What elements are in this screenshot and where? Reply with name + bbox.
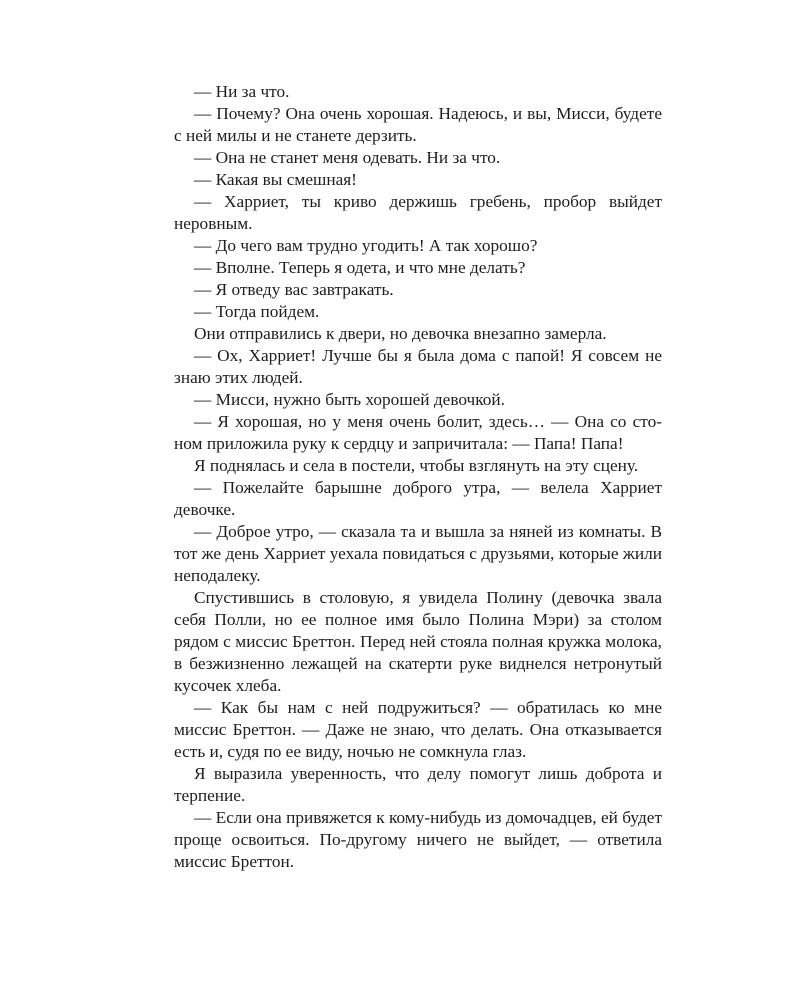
paragraph: — Она не станет меня одевать. Ни за что. — [174, 147, 662, 169]
paragraph: — Ох, Харриет! Лучше бы я была дома с па… — [174, 345, 662, 389]
paragraph: — Я хорошая, но у меня очень болит, здес… — [174, 411, 662, 455]
paragraph: — До чего вам трудно угодить! А так хоро… — [174, 235, 662, 257]
paragraph: — Я отведу вас завтракать. — [174, 279, 662, 301]
paragraph: Спустившись в столовую, я увидела Полину… — [174, 587, 662, 697]
book-page-text: — Ни за что. — Почему? Она очень хорошая… — [174, 81, 662, 873]
paragraph: — Как бы нам с ней подружиться? — обрати… — [174, 697, 662, 763]
paragraph: — Вполне. Теперь я одета, и что мне дела… — [174, 257, 662, 279]
paragraph: — Харриет, ты криво держишь гребень, про… — [174, 191, 662, 235]
paragraph: — Пожелайте барышне доброго утра, — веле… — [174, 477, 662, 521]
paragraph: Я поднялась и села в постели, чтобы взгл… — [174, 455, 662, 477]
paragraph: — Доброе утро, — сказала та и вышла за н… — [174, 521, 662, 587]
paragraph: — Какая вы смешная! — [174, 169, 662, 191]
paragraph: — Тогда пойдем. — [174, 301, 662, 323]
paragraph: Они отправились к двери, но девочка внез… — [174, 323, 662, 345]
paragraph: — Ни за что. — [174, 81, 662, 103]
paragraph: — Мисси, нужно быть хорошей девочкой. — [174, 389, 662, 411]
paragraph: — Если она привяжется к кому-нибудь из д… — [174, 807, 662, 873]
paragraph: — Почему? Она очень хорошая. Надеюсь, и … — [174, 103, 662, 147]
paragraph: Я выразила уверенность, что делу помогут… — [174, 763, 662, 807]
